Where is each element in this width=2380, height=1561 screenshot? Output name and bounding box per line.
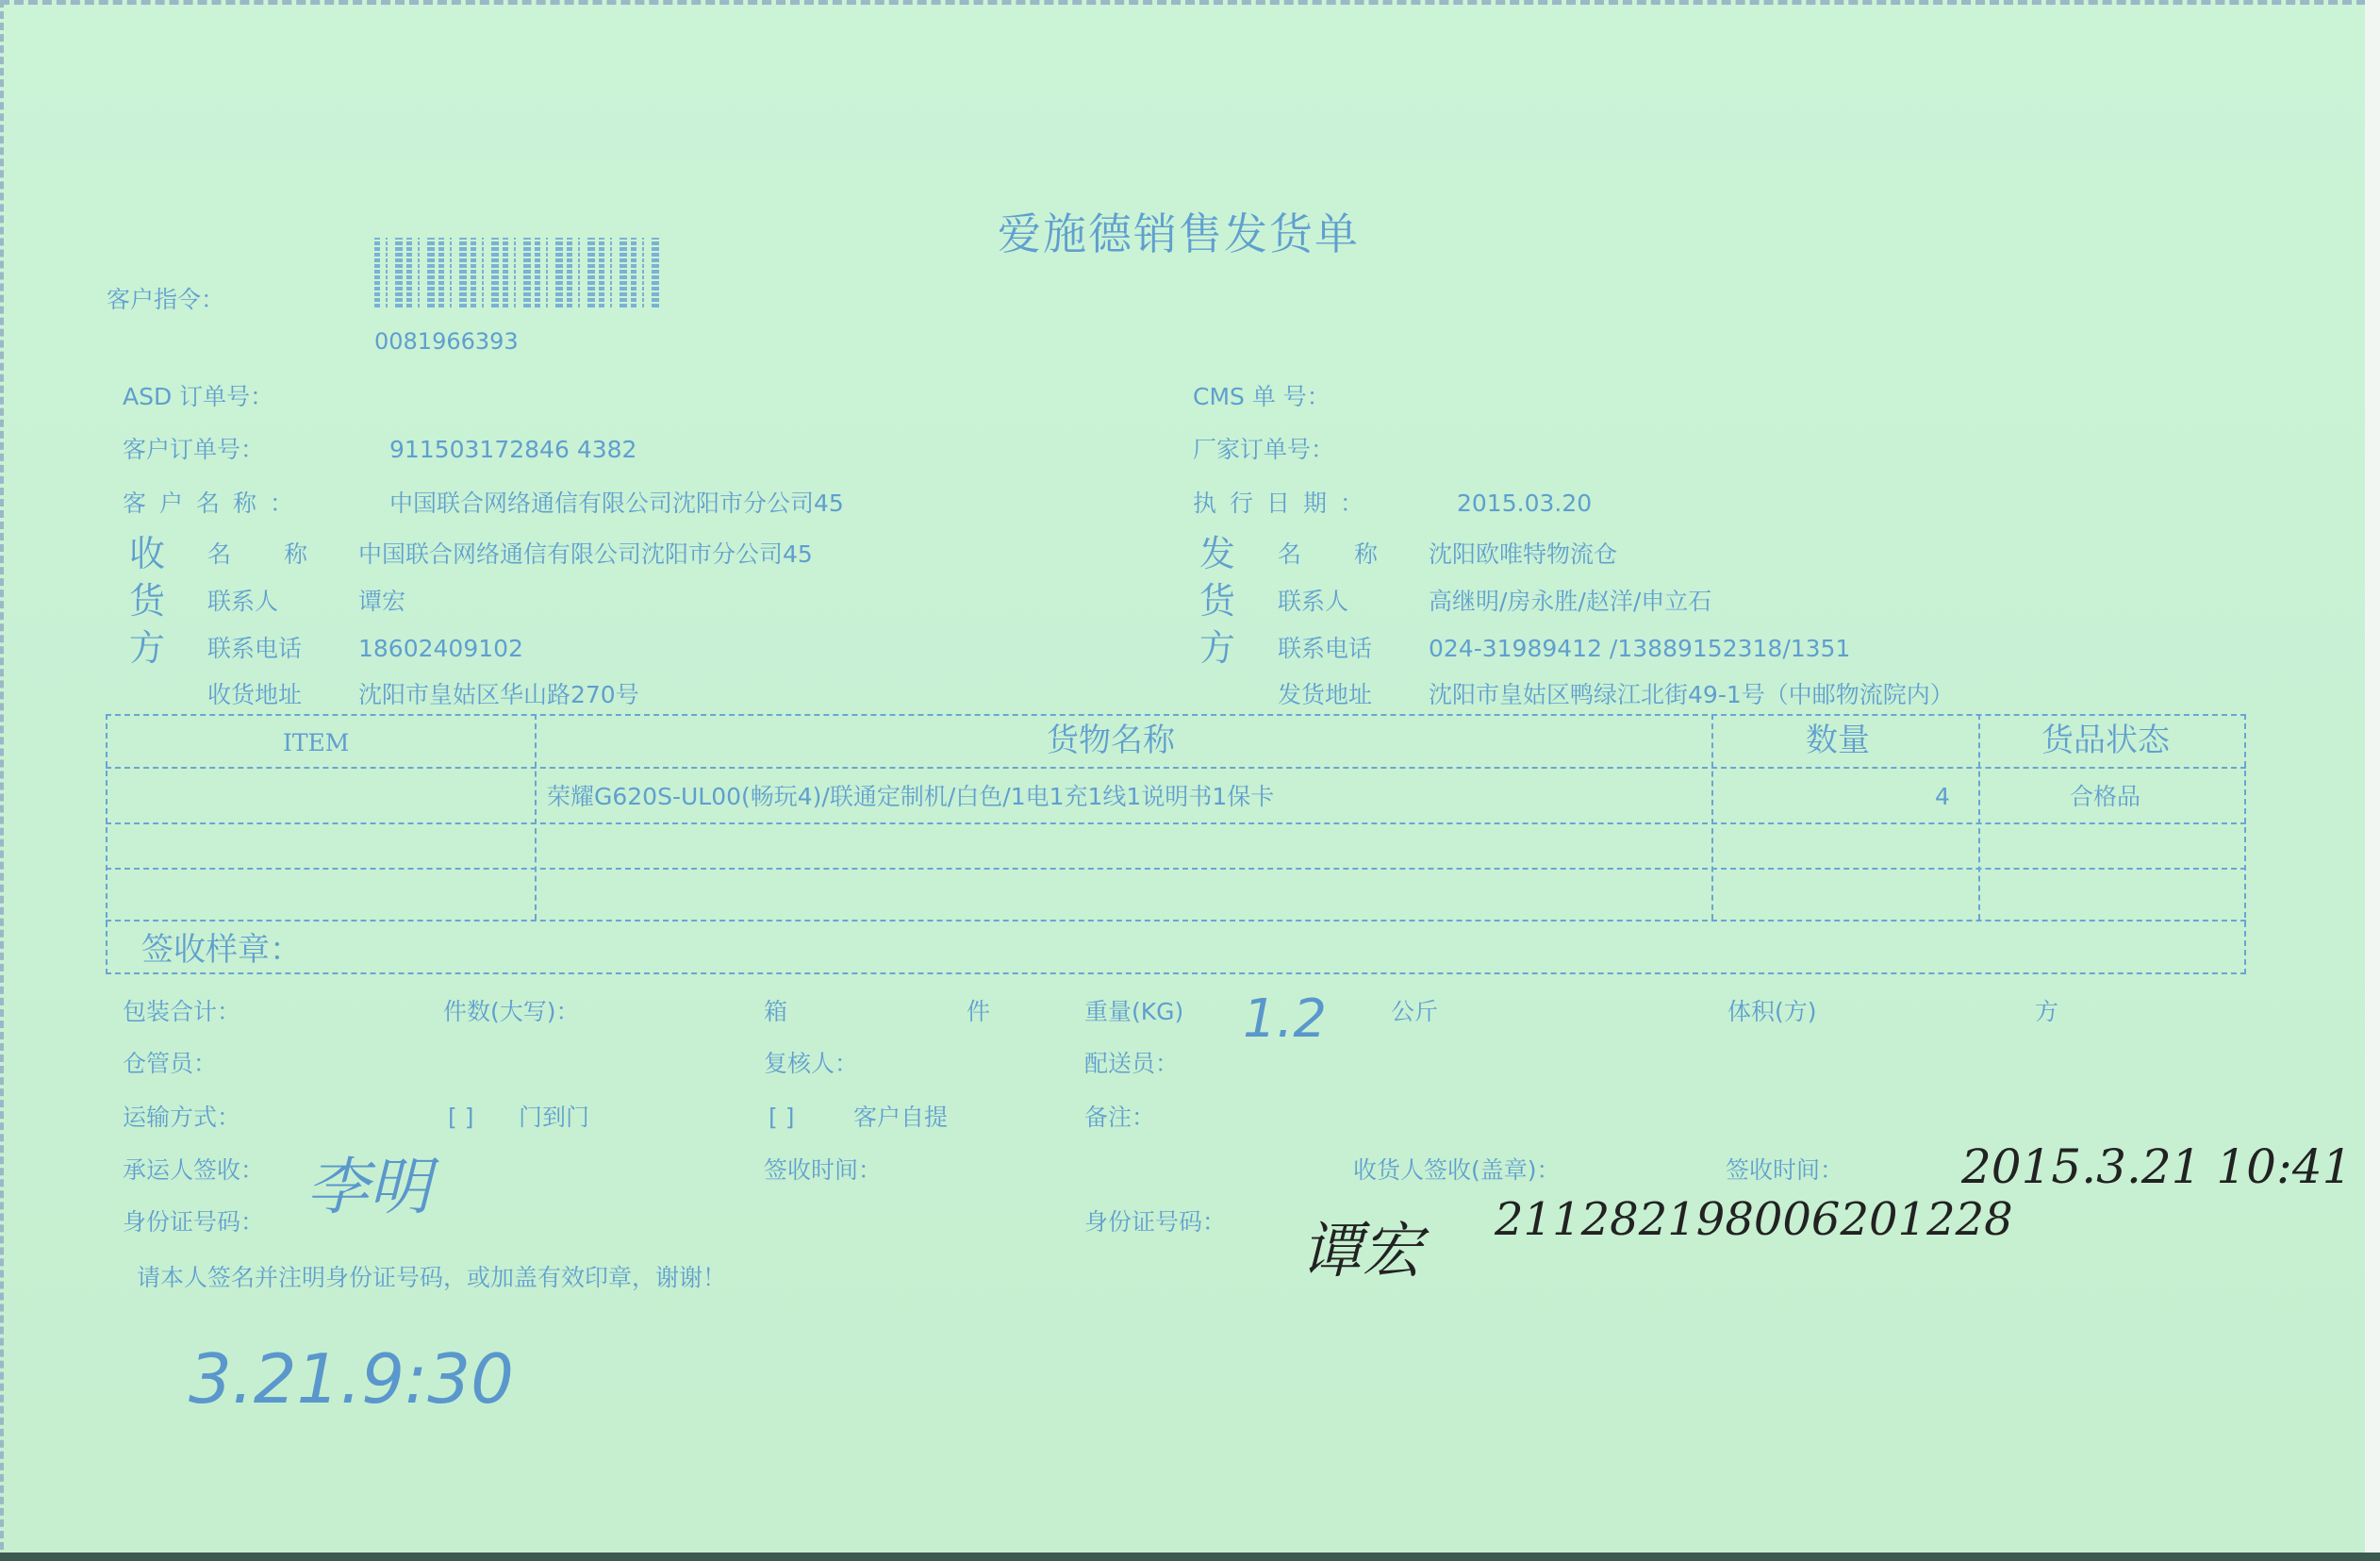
cms-order-label: CMS 单 号：: [1193, 385, 1330, 408]
exec-date-value: 2015.03.20: [1457, 491, 1592, 515]
receiver-phone-label: 联系电话: [207, 637, 302, 660]
table-column-divider: [1711, 714, 1713, 920]
receiver-side-char-2: 货: [129, 583, 165, 619]
shipper-address-label: 发货地址: [1278, 683, 1372, 706]
paper-edge-right: [2365, 0, 2380, 1561]
customer-name-value: 中国联合网络通信有限公司沈阳市分公司45: [389, 491, 844, 515]
handwritten-note: 3.21.9:30: [189, 1339, 514, 1419]
shipper-contact-value: 高继明/房永胜/赵洋/申立石: [1429, 590, 1711, 613]
row-qty: 4: [1935, 785, 1950, 808]
customer-instruction-label: 客户指令：: [107, 288, 224, 311]
receiver-signature: 谭宏: [1301, 1203, 1422, 1289]
asd-order-label: ASD 订单号：: [123, 385, 273, 408]
receiver-name-label: 名 称: [207, 542, 330, 566]
carrier-sign-label: 承运人签收：: [123, 1158, 264, 1182]
table-divider: [106, 822, 2246, 824]
door-to-door-label: 门到门: [519, 1105, 589, 1129]
self-pickup-label: 客户自提: [853, 1105, 948, 1129]
barcode-icon: [374, 238, 662, 307]
paper-edge-bottom: [0, 1553, 2380, 1561]
customer-instruction-number: 0081966393: [374, 330, 519, 353]
shipper-side-char-3: 方: [1199, 630, 1235, 666]
shipper-address-value: 沈阳市皇姑区鸭绿江北街49-1号（中邮物流院内）: [1429, 683, 1954, 706]
volume-label: 体积(方): [1727, 1000, 1817, 1023]
receiver-sign-time-label: 签收时间：: [1726, 1158, 1843, 1182]
receiver-address-value: 沈阳市皇姑区华山路270号: [358, 683, 639, 706]
table-divider: [106, 767, 2246, 769]
door-to-door-checkbox[interactable]: [ ]: [448, 1105, 473, 1129]
customer-name-label: 客户名称：: [123, 491, 306, 515]
document-title: 爱施德销售发货单: [998, 212, 1360, 256]
transport-label: 运输方式：: [123, 1105, 240, 1129]
receiver-phone-value: 18602409102: [358, 637, 523, 660]
signature-notice: 请本人签名并注明身份证号码，或加盖有效印章，谢谢！: [137, 1266, 726, 1289]
table-column-divider: [1978, 714, 1980, 920]
receiver-contact-label: 联系人: [207, 590, 278, 613]
shipper-side-char-1: 发: [1199, 536, 1235, 572]
remarks-label: 备注：: [1084, 1105, 1155, 1129]
pieces-label: 件数(大写)：: [443, 1000, 580, 1023]
self-pickup-checkbox[interactable]: [ ]: [769, 1105, 794, 1129]
table-header-name: 货物名称: [1047, 724, 1175, 756]
receiver-contact-value: 谭宏: [358, 590, 405, 613]
perforation-top: [0, 0, 2380, 5]
customer-order-value: 911503172846 4382: [389, 438, 636, 461]
shipper-name-label: 名 称: [1278, 542, 1400, 566]
customer-order-label: 客户订单号：: [123, 438, 264, 461]
piece-label: 件: [967, 1000, 990, 1023]
sign-stamp-label: 签收样章：: [141, 934, 302, 966]
factory-order-label: 厂家订单号：: [1193, 438, 1334, 461]
receiver-id-value: 211282198006201228: [1495, 1193, 2013, 1246]
reviewer-label: 复核人：: [764, 1052, 858, 1075]
shipper-side-char-2: 货: [1199, 583, 1235, 619]
table-divider: [106, 920, 2246, 922]
volume-unit: 方: [2035, 1000, 2058, 1023]
perforation-left: [0, 0, 4, 1561]
table-header-qty: 数量: [1806, 724, 1870, 756]
table-header-item: ITEM: [283, 731, 349, 755]
table-header-status: 货品状态: [2041, 724, 2170, 756]
sign-time-label: 签收时间：: [764, 1158, 882, 1182]
table-column-divider: [535, 714, 537, 920]
box-label: 箱: [764, 1000, 787, 1023]
row-goods-name: 荣耀G620S-UL00(畅玩4)/联通定制机/白色/1电1充1线1说明书1保卡: [547, 785, 1274, 808]
receiver-name-value: 中国联合网络通信有限公司沈阳市分公司45: [358, 542, 813, 566]
shipper-name-value: 沈阳欧唯特物流仓: [1429, 542, 1617, 566]
receiver-side-char-3: 方: [129, 630, 165, 666]
deliverer-label: 配送员：: [1084, 1052, 1179, 1075]
receiver-sign-label: 收货人签收(盖章)：: [1353, 1158, 1561, 1182]
warehouse-keeper-label: 仓管员：: [123, 1052, 217, 1075]
carrier-id-label: 身份证号码：: [123, 1210, 264, 1234]
package-total-label: 包装合计：: [123, 1000, 240, 1023]
shipper-contact-label: 联系人: [1278, 590, 1348, 613]
carrier-signature: 李明: [306, 1137, 431, 1226]
shipper-phone-value: 024-31989412 /13889152318/1351: [1429, 637, 1850, 660]
goods-table: [106, 714, 2246, 974]
row-status: 合格品: [2070, 785, 2140, 808]
receiver-side-char-1: 收: [129, 536, 165, 572]
weight-label: 重量(KG): [1084, 1000, 1183, 1023]
shipper-phone-label: 联系电话: [1278, 637, 1372, 660]
receiver-sign-time-value: 2015.3.21 10:41: [1961, 1139, 2352, 1194]
weight-unit: 公斤: [1391, 1000, 1438, 1023]
receiver-id-label: 身份证号码：: [1084, 1210, 1226, 1234]
receiver-address-label: 收货地址: [207, 683, 302, 706]
table-divider: [106, 868, 2246, 870]
exec-date-label: 执行日期：: [1193, 491, 1377, 515]
weight-value: 1.2: [1243, 988, 1327, 1050]
